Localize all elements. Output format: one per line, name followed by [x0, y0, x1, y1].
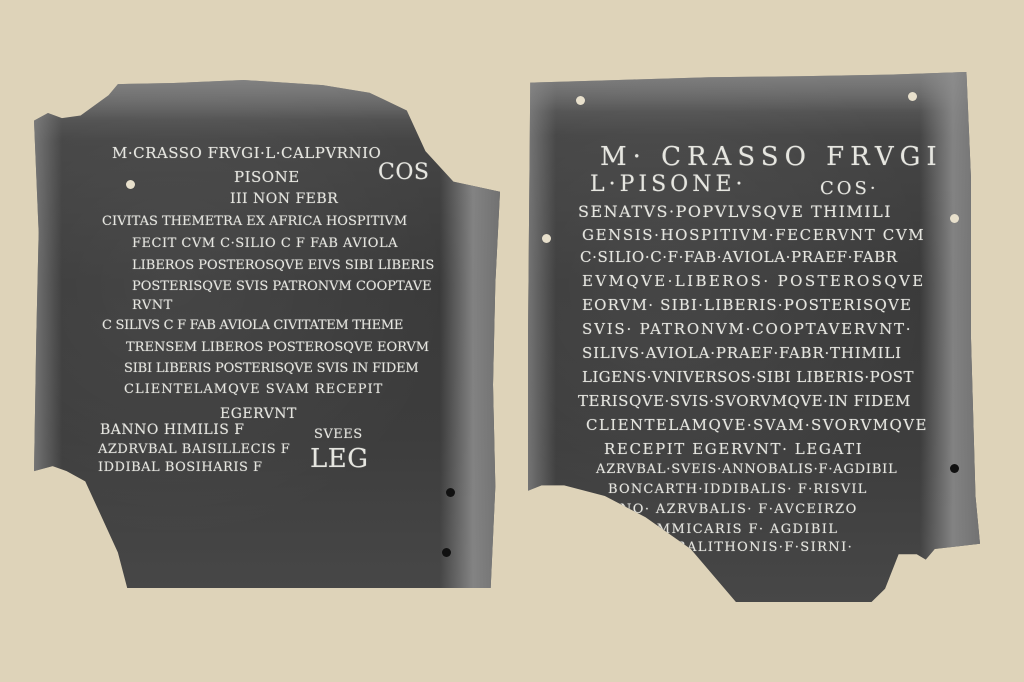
inscription-line: BALITHONIS·F·SIRNI·	[676, 540, 853, 555]
nail-hole	[576, 96, 585, 105]
inscription-line: PISONE	[234, 168, 300, 186]
inscription-line: BANNO HIMILIS F	[100, 422, 245, 438]
inscription-line: BONCARTH·IDDIBALIS· F·RISVIL	[608, 482, 868, 497]
inscription-line: M·CRASSO FRVGI·L·CALPVRNIO	[112, 144, 381, 162]
tablet-rim	[34, 80, 62, 588]
tablet-rim	[34, 80, 500, 120]
inscription-line: CLIENTELAMQVE·SVAM·SVORVMQVE	[586, 416, 928, 434]
inscription-line: GENSIS·HOSPITIVM·FECERVNT CVM	[582, 226, 925, 244]
inscription-line: EGERVNT	[220, 406, 297, 422]
inscription-line: EVMQVE·LIBEROS· POSTEROSQVE	[582, 272, 926, 290]
inscription-line: IDDIBAL BOSIHARIS F	[98, 460, 263, 475]
inscription-line: SIBI LIBERIS POSTERISQVE SVIS IN FIDEM	[124, 361, 419, 376]
nail-hole	[442, 548, 451, 557]
inscription-line: TRENSEM LIBEROS POSTEROSQVE EORVM	[126, 340, 429, 355]
inscription-line: C·SILIO·C·F·FAB·AVIOLA·PRAEF·FABR	[580, 248, 898, 266]
inscription-line: LIBEROS POSTEROSQVE EIVS SIBI LIBERIS	[132, 258, 434, 273]
right-bronze-tablet: M· CRASSO FRVGI L·PISONE· COS· SENATVS·P…	[528, 72, 980, 602]
inscription-line: FECIT CVM C·SILIO C F FAB AVIOLA	[132, 236, 398, 251]
tablet-rim	[440, 80, 500, 588]
inscription-suees: SVEES	[314, 427, 363, 442]
inscription-line: RVNT	[132, 298, 173, 313]
nail-hole	[908, 92, 917, 101]
nail-hole	[126, 180, 135, 189]
inscription-line: LIGENS·VNIVERSOS·SIBI LIBERIS·POST	[582, 368, 914, 386]
inscription-cos: COS	[378, 160, 429, 185]
inscription-line: NO· AZRVBALIS· F·AVCEIRZO	[620, 502, 858, 517]
nail-hole	[950, 214, 959, 223]
inscription-line: POSTERISQVE SVIS PATRONVM COOPTAVE	[132, 279, 432, 294]
nail-hole	[542, 234, 551, 243]
inscription-line: CIVITAS THEMETRA EX AFRICA HOSPITIVM	[102, 214, 407, 229]
inscription-line: RECEPIT EGERVNT· LEGATI	[604, 440, 863, 458]
inscription-line: CLIENTELAMQVE SVAM RECEPIT	[124, 382, 383, 397]
inscription-line: L·PISONE·	[590, 172, 747, 197]
inscription-line: SENATVS·POPVLVSQVE THIMILI	[578, 202, 892, 221]
tablet-rim	[528, 72, 556, 602]
inscription-line: III NON FEBR	[230, 191, 338, 207]
inscription-line: AZDRVBAL BAISILLECIS F	[98, 442, 290, 457]
inscription-line: AMMICARIS F· AGDIBIL	[646, 522, 838, 537]
inscription-line: AZRVBAL·SVEIS·ANNOBALIS·F·AGDIBIL	[596, 462, 898, 477]
inscription-leg: LEG	[310, 444, 369, 474]
inscription-line: M· CRASSO FRVGI	[600, 142, 943, 172]
nail-hole	[446, 488, 455, 497]
inscription-cos: COS·	[820, 178, 879, 199]
inscription-line: SVIS· PATRONVM·COOPTAVERVNT·	[582, 320, 912, 338]
inscription-line: EORVM· SIBI·LIBERIS·POSTERISQVE	[582, 296, 912, 314]
inscription-line: C SILIVS C F FAB AVIOLA CIVITATEM THEME	[102, 318, 403, 333]
left-bronze-tablet: M·CRASSO FRVGI·L·CALPVRNIO COS PISONE II…	[34, 80, 500, 588]
inscription-line: SILIVS·AVIOLA·PRAEF·FABR·THIMILI	[582, 344, 902, 362]
inscription-line: TERISQVE·SVIS·SVORVMQVE·IN FIDEM	[578, 392, 911, 410]
nail-hole	[950, 464, 959, 473]
